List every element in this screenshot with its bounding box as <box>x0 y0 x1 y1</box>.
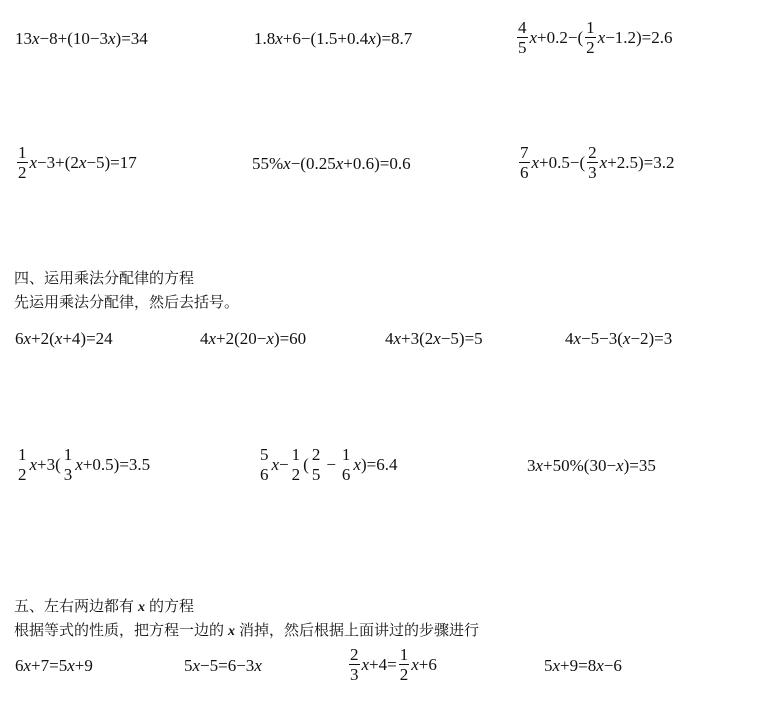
variable-x: x <box>32 30 40 47</box>
variable-x: x <box>336 155 344 172</box>
variable-x: x <box>598 29 606 46</box>
equation-5-1: 6x+7=5x+9 <box>15 657 93 674</box>
variable-x: x <box>600 154 608 171</box>
term: −5)=17 <box>86 154 136 171</box>
term: +6−(1.5+0.4 <box>283 30 368 47</box>
equation-4-5: 12 x+3( 13 x+0.5)=3.5 <box>15 445 150 484</box>
section-4-heading: 四、运用乘法分配律的方程 <box>14 267 194 288</box>
variable-x: x <box>275 30 283 47</box>
term: −(0.25 <box>291 155 336 172</box>
variable-x: x <box>532 154 540 171</box>
fraction: 56 <box>259 445 270 484</box>
variable-x: x <box>254 657 262 674</box>
variable-x: x <box>79 154 87 171</box>
equation-3-5: 55%x−(0.25x+0.6)=0.6 <box>252 155 411 172</box>
variable-x: x <box>266 330 274 347</box>
equation-4-6: 56 x− 12 ( 25 − 16 x)=6.4 <box>257 445 397 484</box>
term: +0.2−( <box>537 29 583 46</box>
variable-x: x <box>368 30 376 47</box>
equation-4-1: 6x+2(x+4)=24 <box>15 330 113 347</box>
fraction: 45 <box>517 18 528 57</box>
variable-x: x <box>574 330 582 347</box>
equation-3-1: 13x−8+(10−3x)=34 <box>15 30 148 47</box>
variable-x: x <box>623 330 631 347</box>
fraction: 12 <box>585 18 596 57</box>
variable-x: x <box>411 656 419 673</box>
variable-x: x <box>24 657 32 674</box>
term: 1.8 <box>254 30 275 47</box>
variable-x: x <box>530 29 538 46</box>
variable-x: x <box>536 457 544 474</box>
variable-x: x <box>108 30 116 47</box>
fraction: 12 <box>291 445 302 484</box>
variable-x: x <box>24 330 32 347</box>
section-5-instruction: 根据等式的性质，把方程一边的x消掉，然后根据上面讲过的步骤进行 <box>14 619 479 640</box>
equation-4-7: 3x+50%(30−x)=35 <box>527 457 656 474</box>
variable-x: x <box>283 155 291 172</box>
section-5-heading: 五、左右两边都有x的方程 <box>14 595 194 616</box>
fraction: 12 <box>17 445 28 484</box>
variable-x: x <box>616 457 624 474</box>
term: +0.5−( <box>539 154 585 171</box>
fraction: 13 <box>63 445 74 484</box>
variable-x: x <box>553 657 561 674</box>
variable-x: x <box>353 456 361 473</box>
variable-x: x <box>55 330 63 347</box>
variable-x: x <box>362 656 370 673</box>
term: )=34 <box>116 30 148 47</box>
variable-x: x <box>433 330 441 347</box>
term: +2.5)=3.2 <box>607 154 674 171</box>
variable-x: x <box>209 330 217 347</box>
variable-x: x <box>596 657 604 674</box>
equation-5-3: 23 x+4= 12 x+6 <box>347 645 437 684</box>
equation-5-4: 5x+9=8x−6 <box>544 657 622 674</box>
equation-4-4: 4x−5−3(x−2)=3 <box>565 330 672 347</box>
equation-4-3: 4x+3(2x−5)=5 <box>385 330 483 347</box>
variable-x: x <box>75 456 83 473</box>
term: 13 <box>15 30 32 47</box>
term: )=8.7 <box>376 30 413 47</box>
variable-x: x <box>30 154 38 171</box>
equation-5-2: 5x−5=6−3x <box>184 657 262 674</box>
section-4-instruction: 先运用乘法分配律，然后去括号。 <box>14 291 239 312</box>
fraction: 12 <box>17 143 28 182</box>
variable-x: x <box>394 330 402 347</box>
variable-x: x <box>193 657 201 674</box>
term: −1.2)=2.6 <box>605 29 672 46</box>
equation-3-3: 45 x+0.2−( 12 x−1.2)=2.6 <box>515 18 673 57</box>
variable-x: x <box>30 456 38 473</box>
fraction: 12 <box>399 645 410 684</box>
term: 55% <box>252 155 283 172</box>
fraction: 76 <box>519 143 530 182</box>
fraction: 23 <box>587 143 598 182</box>
fraction: 23 <box>349 645 360 684</box>
fraction: 25 <box>311 445 322 484</box>
equation-3-4: 12 x−3+(2x−5)=17 <box>15 143 137 182</box>
variable-x: x <box>272 456 280 473</box>
fraction: 16 <box>341 445 352 484</box>
equation-3-2: 1.8x+6−(1.5+0.4x)=8.7 <box>254 30 412 47</box>
variable-x: x <box>67 657 75 674</box>
term: −8+(10−3 <box>40 30 108 47</box>
term: +0.6)=0.6 <box>343 155 410 172</box>
equation-3-6: 76 x+0.5−( 23 x+2.5)=3.2 <box>517 143 675 182</box>
term: −3+(2 <box>37 154 79 171</box>
equation-4-2: 4x+2(20−x)=60 <box>200 330 306 347</box>
